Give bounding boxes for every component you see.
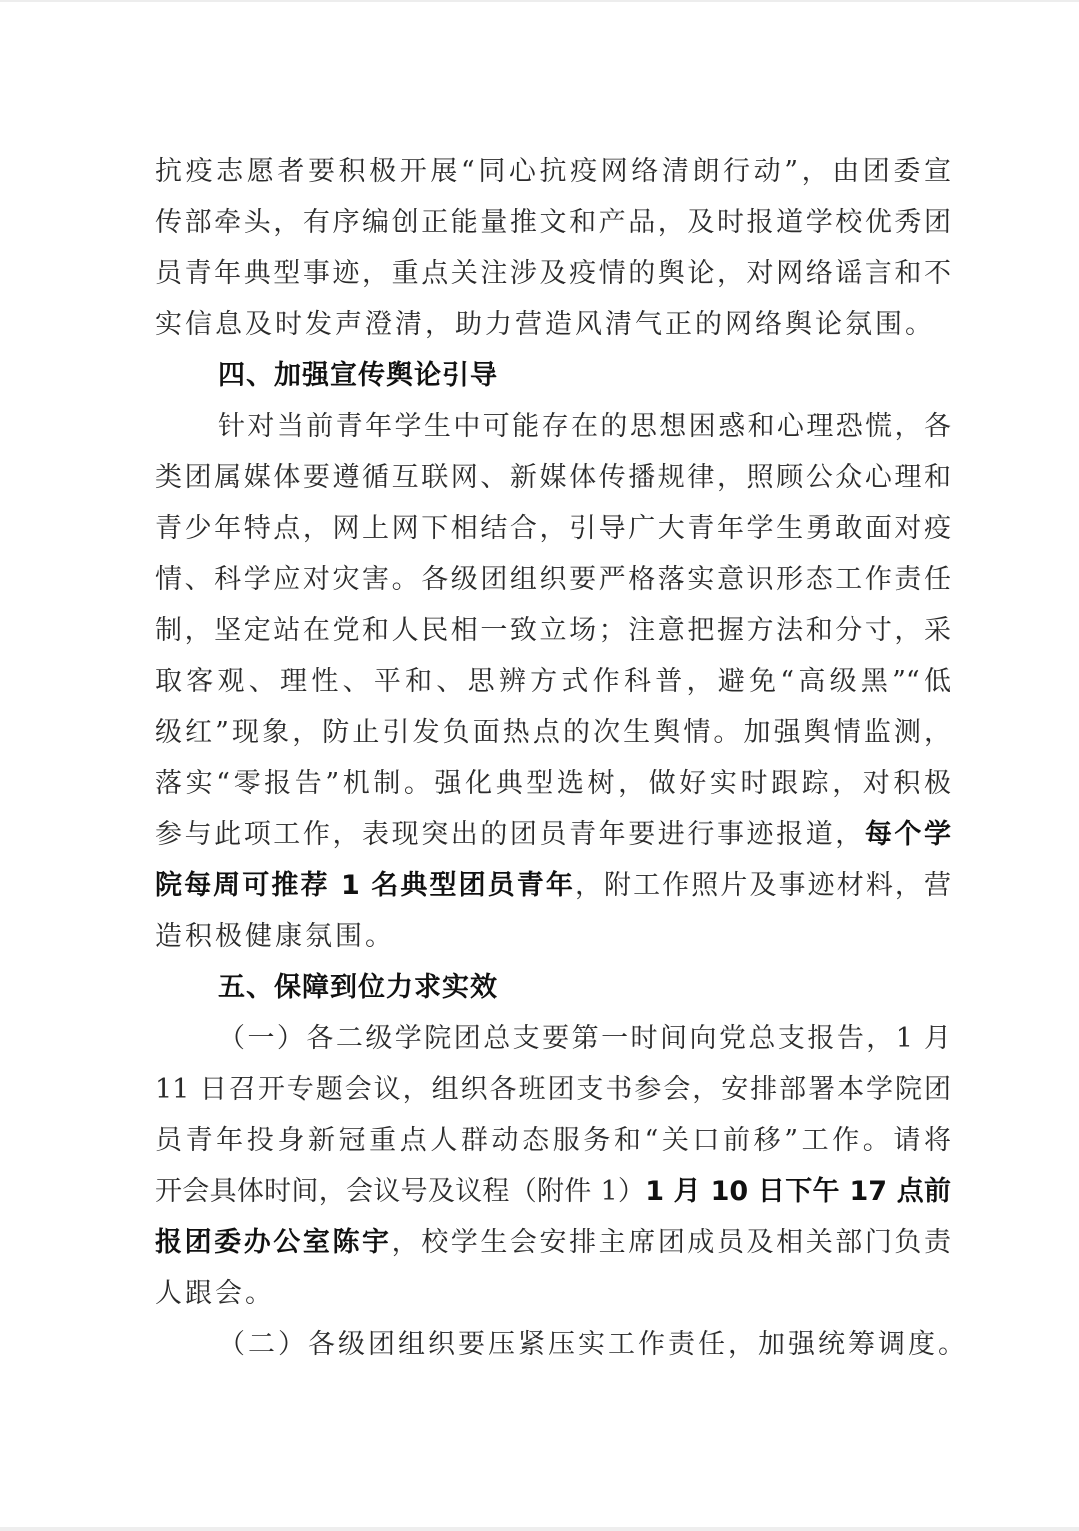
bold-text-run: 院每周可推荐 1 名典型团员青年 [155,870,575,901]
paragraph-item-1: （一）各二级学院团总支要第一时间向党总支报告，1 月 11 日召开专题会议，组织… [155,1013,951,1319]
text-line: 抗疫志愿者要积极开展“同心抗疫网络清朗行动”，由团委宣 [155,146,951,197]
text-line: 开会具体时间，会议号及议程（附件 1）1 月 10 日下午 17 点前 [155,1166,951,1217]
bold-text-run: 报团委办公室陈宇 [155,1227,392,1258]
text-line: 参与此项工作，表现突出的团员青年要进行事迹报道，每个学 [155,809,951,860]
text-line: 情、科学应对灾害。各级团组织要严格落实意识形态工作责任 [155,554,951,605]
text-line: （二）各级团组织要压紧压实工作责任，加强统筹调度。 [155,1319,951,1370]
text-line: 针对当前青年学生中可能存在的思想困惑和心理恐慌，各 [155,401,951,452]
text-run: 开会具体时间，会议号及议程（附件 1） [155,1176,645,1207]
text-line: 取客观、理性、平和、思辨方式作科普，避免“高级黑”“低 [155,656,951,707]
section-heading-4: 四、加强宣传舆论引导 [155,350,951,401]
text-line: 造积极健康氛围。 [155,911,951,962]
section-heading-5: 五、保障到位力求实效 [155,962,951,1013]
text-run: 参与此项工作，表现突出的团员青年要进行事迹报道， [155,819,865,850]
text-line: 青少年特点，网上网下相结合，引导广大青年学生勇敢面对疫 [155,503,951,554]
text-line: 院每周可推荐 1 名典型团员青年，附工作照片及事迹材料，营 [155,860,951,911]
text-line: 类团属媒体要遵循互联网、新媒体传播规律，照顾公众心理和 [155,452,951,503]
text-run: ，校学生会安排主席团成员及相关部门负责 [392,1227,951,1258]
text-line: 11 日召开专题会议，组织各班团支书参会，安排部署本学院团 [155,1064,951,1115]
page-bottom-edge [0,1527,1079,1531]
text-line: 员青年典型事迹，重点关注涉及疫情的舆论，对网络谣言和不 [155,248,951,299]
text-line: 员青年投身新冠重点人群动态服务和“关口前移”工作。请将 [155,1115,951,1166]
text-line: 报团委办公室陈宇，校学生会安排主席团成员及相关部门负责 [155,1217,951,1268]
paragraph-publicity-guidance: 针对当前青年学生中可能存在的思想困惑和心理恐慌，各 类团属媒体要遵循互联网、新媒… [155,401,951,962]
text-line: 级红”现象，防止引发负面热点的次生舆情。加强舆情监测， [155,707,951,758]
text-line: 人跟会。 [155,1268,951,1319]
document-page: 抗疫志愿者要积极开展“同心抗疫网络清朗行动”，由团委宣 传部牵头，有序编创正能量… [155,146,951,1370]
paragraph-online-action: 抗疫志愿者要积极开展“同心抗疫网络清朗行动”，由团委宣 传部牵头，有序编创正能量… [155,146,951,350]
bold-text-run: 1 月 10 日下午 17 点前 [645,1176,951,1207]
text-line: 实信息及时发声澄清，助力营造风清气正的网络舆论氛围。 [155,299,951,350]
text-line: 落实“零报告”机制。强化典型选树，做好实时跟踪，对积极 [155,758,951,809]
bold-text-run: 每个学 [865,819,951,850]
text-run: ，附工作照片及事迹材料，营 [575,870,951,901]
paragraph-item-2: （二）各级团组织要压紧压实工作责任，加强统筹调度。 [155,1319,951,1370]
text-line: 传部牵头，有序编创正能量推文和产品，及时报道学校优秀团 [155,197,951,248]
text-line: （一）各二级学院团总支要第一时间向党总支报告，1 月 [155,1013,951,1064]
text-line: 制，坚定站在党和人民相一致立场；注意把握方法和分寸，采 [155,605,951,656]
page-top-edge [0,0,1079,2]
